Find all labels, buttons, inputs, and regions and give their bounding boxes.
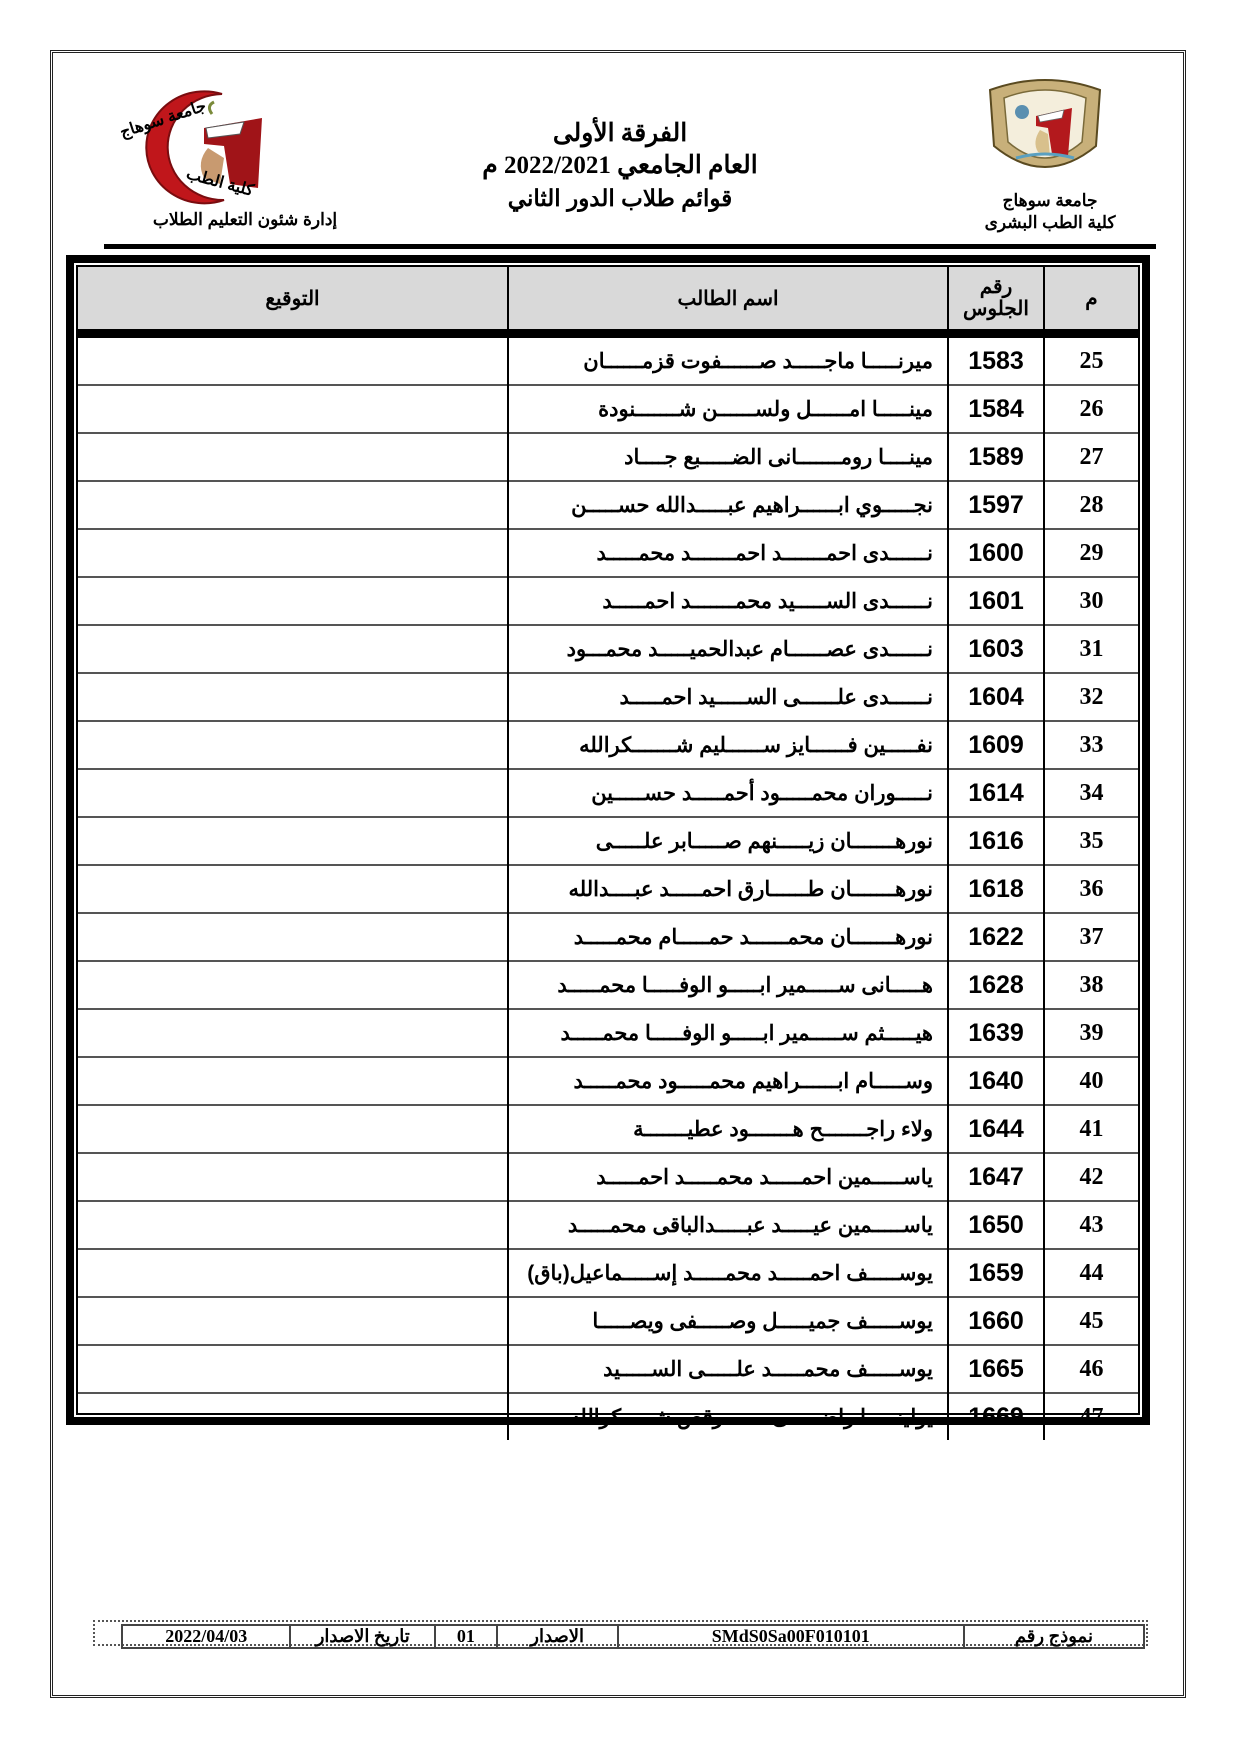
- seat-number: 1640: [948, 1057, 1044, 1105]
- row-number: 30: [1044, 577, 1138, 625]
- seat-number: 1650: [948, 1201, 1044, 1249]
- table-row: 391639هيـــــثم ســـــمير ابـــــو الوفـ…: [78, 1009, 1138, 1057]
- signature-cell: [78, 1393, 508, 1440]
- row-number: 36: [1044, 865, 1138, 913]
- row-number: 46: [1044, 1345, 1138, 1393]
- issue-value: 01: [435, 1625, 497, 1648]
- table-row: 281597نجـــــوي ابــــــراهيم عبـــــدال…: [78, 481, 1138, 529]
- row-number: 44: [1044, 1249, 1138, 1297]
- seat-number: 1669: [948, 1393, 1044, 1440]
- row-number: 31: [1044, 625, 1138, 673]
- seat-number: 1616: [948, 817, 1044, 865]
- student-name: مينـــــا امــــــل ولســــــن شـــــــن…: [508, 385, 948, 433]
- form-number-label: نموذج رقم: [964, 1625, 1144, 1648]
- seat-number: 1614: [948, 769, 1044, 817]
- row-number: 29: [1044, 529, 1138, 577]
- row-number: 43: [1044, 1201, 1138, 1249]
- row-number: 45: [1044, 1297, 1138, 1345]
- student-roster-table: م رقم الجلوس اسم الطالب التوقيع 251583مي…: [78, 267, 1138, 1440]
- table-row: 451660يوســـــف جميـــــل وصـــــفى ويصـ…: [78, 1297, 1138, 1345]
- header-divider: [104, 244, 1156, 249]
- table-row: 311603نــــــدى عصــــــام عبدالحميـــــ…: [78, 625, 1138, 673]
- signature-cell: [78, 385, 508, 433]
- student-name: ولاء راجـــــــح هـــــــود عطيـــــــة: [508, 1105, 948, 1153]
- signature-cell: [78, 481, 508, 529]
- table-row: 371622نورهـــــــان محمــــــد حمـــــام…: [78, 913, 1138, 961]
- table-row: 411644ولاء راجـــــــح هـــــــود عطيـــ…: [78, 1105, 1138, 1153]
- signature-cell: [78, 1201, 508, 1249]
- title-class-year: الفرقة الأولى: [420, 118, 820, 150]
- row-number: 37: [1044, 913, 1138, 961]
- signature-cell: [78, 433, 508, 481]
- signature-cell: [78, 865, 508, 913]
- student-name: نفـــــين فــــــايز ســــــليم شـــــــ…: [508, 721, 948, 769]
- title-academic-year: العام الجامعي 2022/2021 م: [420, 150, 820, 182]
- column-header-number: م: [1044, 267, 1138, 334]
- signature-cell: [78, 1345, 508, 1393]
- table-row: 441659يوســـــف احمـــــد محمـــــد إســ…: [78, 1249, 1138, 1297]
- student-name: ميرنـــــا ماجـــــد صــــــفوت قزمـــــ…: [508, 334, 948, 386]
- row-number: 34: [1044, 769, 1138, 817]
- row-number: 27: [1044, 433, 1138, 481]
- signature-cell: [78, 913, 508, 961]
- column-header-seat-number: رقم الجلوس: [948, 267, 1044, 334]
- table-row: 421647ياســـــمين احمـــــد محمـــــد اح…: [78, 1153, 1138, 1201]
- department-label: إدارة شئون التعليم الطلاب: [140, 210, 350, 230]
- university-label: جامعة سوهاج كلية الطب البشرى: [950, 190, 1150, 234]
- row-number: 41: [1044, 1105, 1138, 1153]
- seat-number: 1601: [948, 577, 1044, 625]
- table-row: 381628هـــــانى ســـــمير ابـــــو الوفـ…: [78, 961, 1138, 1009]
- seat-number: 1583: [948, 334, 1044, 386]
- signature-cell: [78, 577, 508, 625]
- row-number: 40: [1044, 1057, 1138, 1105]
- student-name: يوســـــف محمـــــد علـــــى الســـــيد: [508, 1345, 948, 1393]
- student-name: هيـــــثم ســـــمير ابـــــو الوفـــــا …: [508, 1009, 948, 1057]
- row-number: 28: [1044, 481, 1138, 529]
- form-number-value: SMdS0Sa00F010101: [618, 1625, 964, 1648]
- student-name: ياســـــمين احمـــــد محمـــــد احمـــــ…: [508, 1153, 948, 1201]
- seat-number: 1603: [948, 625, 1044, 673]
- student-name: وســـــام ابــــــراهيم محمـــــود محمــ…: [508, 1057, 948, 1105]
- seat-number: 1618: [948, 865, 1044, 913]
- row-number: 25: [1044, 334, 1138, 386]
- row-number: 39: [1044, 1009, 1138, 1057]
- seat-number: 1600: [948, 529, 1044, 577]
- student-name: يوســـــف احمـــــد محمـــــد إســـــماع…: [508, 1249, 948, 1297]
- table-row: 331609نفـــــين فــــــايز ســــــليم شـ…: [78, 721, 1138, 769]
- seat-number: 1604: [948, 673, 1044, 721]
- student-name: نــــــدى احمـــــــد احمـــــــد محمـــ…: [508, 529, 948, 577]
- table-row: 401640وســـــام ابــــــراهيم محمـــــود…: [78, 1057, 1138, 1105]
- student-name: نورهـــــــان محمــــــد حمـــــام محمــ…: [508, 913, 948, 961]
- signature-cell: [78, 1153, 508, 1201]
- table-row: 361618نورهـــــــان طــــــارق احمـــــد…: [78, 865, 1138, 913]
- issue-date-value: 2022/04/03: [122, 1625, 290, 1648]
- university-name: جامعة سوهاج: [950, 190, 1150, 212]
- seat-number: 1609: [948, 721, 1044, 769]
- row-number: 47: [1044, 1393, 1138, 1440]
- row-number: 33: [1044, 721, 1138, 769]
- student-name: يوســـــف جميـــــل وصـــــفى ويصـــــا: [508, 1297, 948, 1345]
- seat-number: 1659: [948, 1249, 1044, 1297]
- student-name: نـــــوران محمـــــود أحمـــــد حســـــي…: [508, 769, 948, 817]
- roster-body: 251583ميرنـــــا ماجـــــد صــــــفوت قز…: [78, 334, 1138, 1441]
- signature-cell: [78, 1009, 508, 1057]
- table-row: 431650ياســـــمين عيـــــد عبـــــدالباق…: [78, 1201, 1138, 1249]
- student-name: مينــــا رومـــــــانى الضـــــبع جــــا…: [508, 433, 948, 481]
- faculty-name: كلية الطب البشرى: [950, 212, 1150, 234]
- signature-cell: [78, 961, 508, 1009]
- table-header-row: م رقم الجلوس اسم الطالب التوقيع: [78, 267, 1138, 334]
- form-footer: نموذج رقم SMdS0Sa00F010101 الاصدار 01 تا…: [93, 1620, 1148, 1646]
- signature-cell: [78, 1297, 508, 1345]
- table-row: 271589مينــــا رومـــــــانى الضـــــبع …: [78, 433, 1138, 481]
- signature-cell: [78, 769, 508, 817]
- table-row: 321604نــــــدى علــــــى الســـــيد احم…: [78, 673, 1138, 721]
- student-name: نــــــدى عصــــــام عبدالحميـــــد محمـ…: [508, 625, 948, 673]
- form-info-table: نموذج رقم SMdS0Sa00F010101 الاصدار 01 تا…: [121, 1624, 1145, 1649]
- table-row: 461665يوســـــف محمـــــد علـــــى الســ…: [78, 1345, 1138, 1393]
- table-row: 291600نــــــدى احمـــــــد احمـــــــد …: [78, 529, 1138, 577]
- student-name: يولينـــــا راضـــــى مـــــرقص شـــــكر…: [508, 1393, 948, 1440]
- table-row: 341614نـــــوران محمـــــود أحمـــــد حس…: [78, 769, 1138, 817]
- student-name: ياســـــمين عيـــــد عبـــــدالباقى محمـ…: [508, 1201, 948, 1249]
- student-name: نورهـــــــان زيـــــنهم صـــــابر علـــ…: [508, 817, 948, 865]
- table-row: 351616نورهـــــــان زيـــــنهم صـــــابر…: [78, 817, 1138, 865]
- student-name: نــــــدى الســـــيد محمـــــــد احمــــ…: [508, 577, 948, 625]
- signature-cell: [78, 529, 508, 577]
- seat-number: 1660: [948, 1297, 1044, 1345]
- crescent-emblem-icon: جامعة سوهاج كلية الطب: [112, 88, 312, 206]
- signature-cell: [78, 721, 508, 769]
- seat-number: 1628: [948, 961, 1044, 1009]
- signature-cell: [78, 1057, 508, 1105]
- university-crest: [982, 76, 1108, 184]
- issue-date-label: تاريخ الاصدار: [290, 1625, 435, 1648]
- seat-number: 1665: [948, 1345, 1044, 1393]
- row-number: 32: [1044, 673, 1138, 721]
- signature-cell: [78, 817, 508, 865]
- university-crest-icon: [982, 76, 1108, 184]
- signature-cell: [78, 673, 508, 721]
- seat-number: 1584: [948, 385, 1044, 433]
- row-number: 35: [1044, 817, 1138, 865]
- student-name: نجـــــوي ابــــــراهيم عبـــــدالله حسـ…: [508, 481, 948, 529]
- table-row: 471669يولينـــــا راضـــــى مـــــرقص شـ…: [78, 1393, 1138, 1440]
- signature-cell: [78, 625, 508, 673]
- title-list-type: قوائم طلاب الدور الثاني: [420, 182, 820, 214]
- table-row: 251583ميرنـــــا ماجـــــد صــــــفوت قز…: [78, 334, 1138, 386]
- row-number: 38: [1044, 961, 1138, 1009]
- student-name: نورهـــــــان طــــــارق احمـــــد عبـــ…: [508, 865, 948, 913]
- seat-number: 1644: [948, 1105, 1044, 1153]
- seat-number: 1597: [948, 481, 1044, 529]
- column-header-signature: التوقيع: [78, 267, 508, 334]
- seat-number: 1639: [948, 1009, 1044, 1057]
- signature-cell: [78, 1105, 508, 1153]
- faculty-logo: جامعة سوهاج كلية الطب: [112, 88, 312, 206]
- table-row: 261584مينـــــا امــــــل ولســــــن شــ…: [78, 385, 1138, 433]
- seat-number: 1589: [948, 433, 1044, 481]
- table-row: 301601نــــــدى الســـــيد محمـــــــد ا…: [78, 577, 1138, 625]
- seat-number: 1622: [948, 913, 1044, 961]
- row-number: 42: [1044, 1153, 1138, 1201]
- seat-number: 1647: [948, 1153, 1044, 1201]
- issue-label: الاصدار: [497, 1625, 618, 1648]
- column-header-student-name: اسم الطالب: [508, 267, 948, 334]
- signature-cell: [78, 334, 508, 386]
- student-roster-frame: م رقم الجلوس اسم الطالب التوقيع 251583مي…: [66, 255, 1150, 1425]
- student-name: نــــــدى علــــــى الســـــيد احمـــــد: [508, 673, 948, 721]
- student-name: هـــــانى ســـــمير ابـــــو الوفـــــا …: [508, 961, 948, 1009]
- row-number: 26: [1044, 385, 1138, 433]
- signature-cell: [78, 1249, 508, 1297]
- document-title: الفرقة الأولى العام الجامعي 2022/2021 م …: [420, 118, 820, 214]
